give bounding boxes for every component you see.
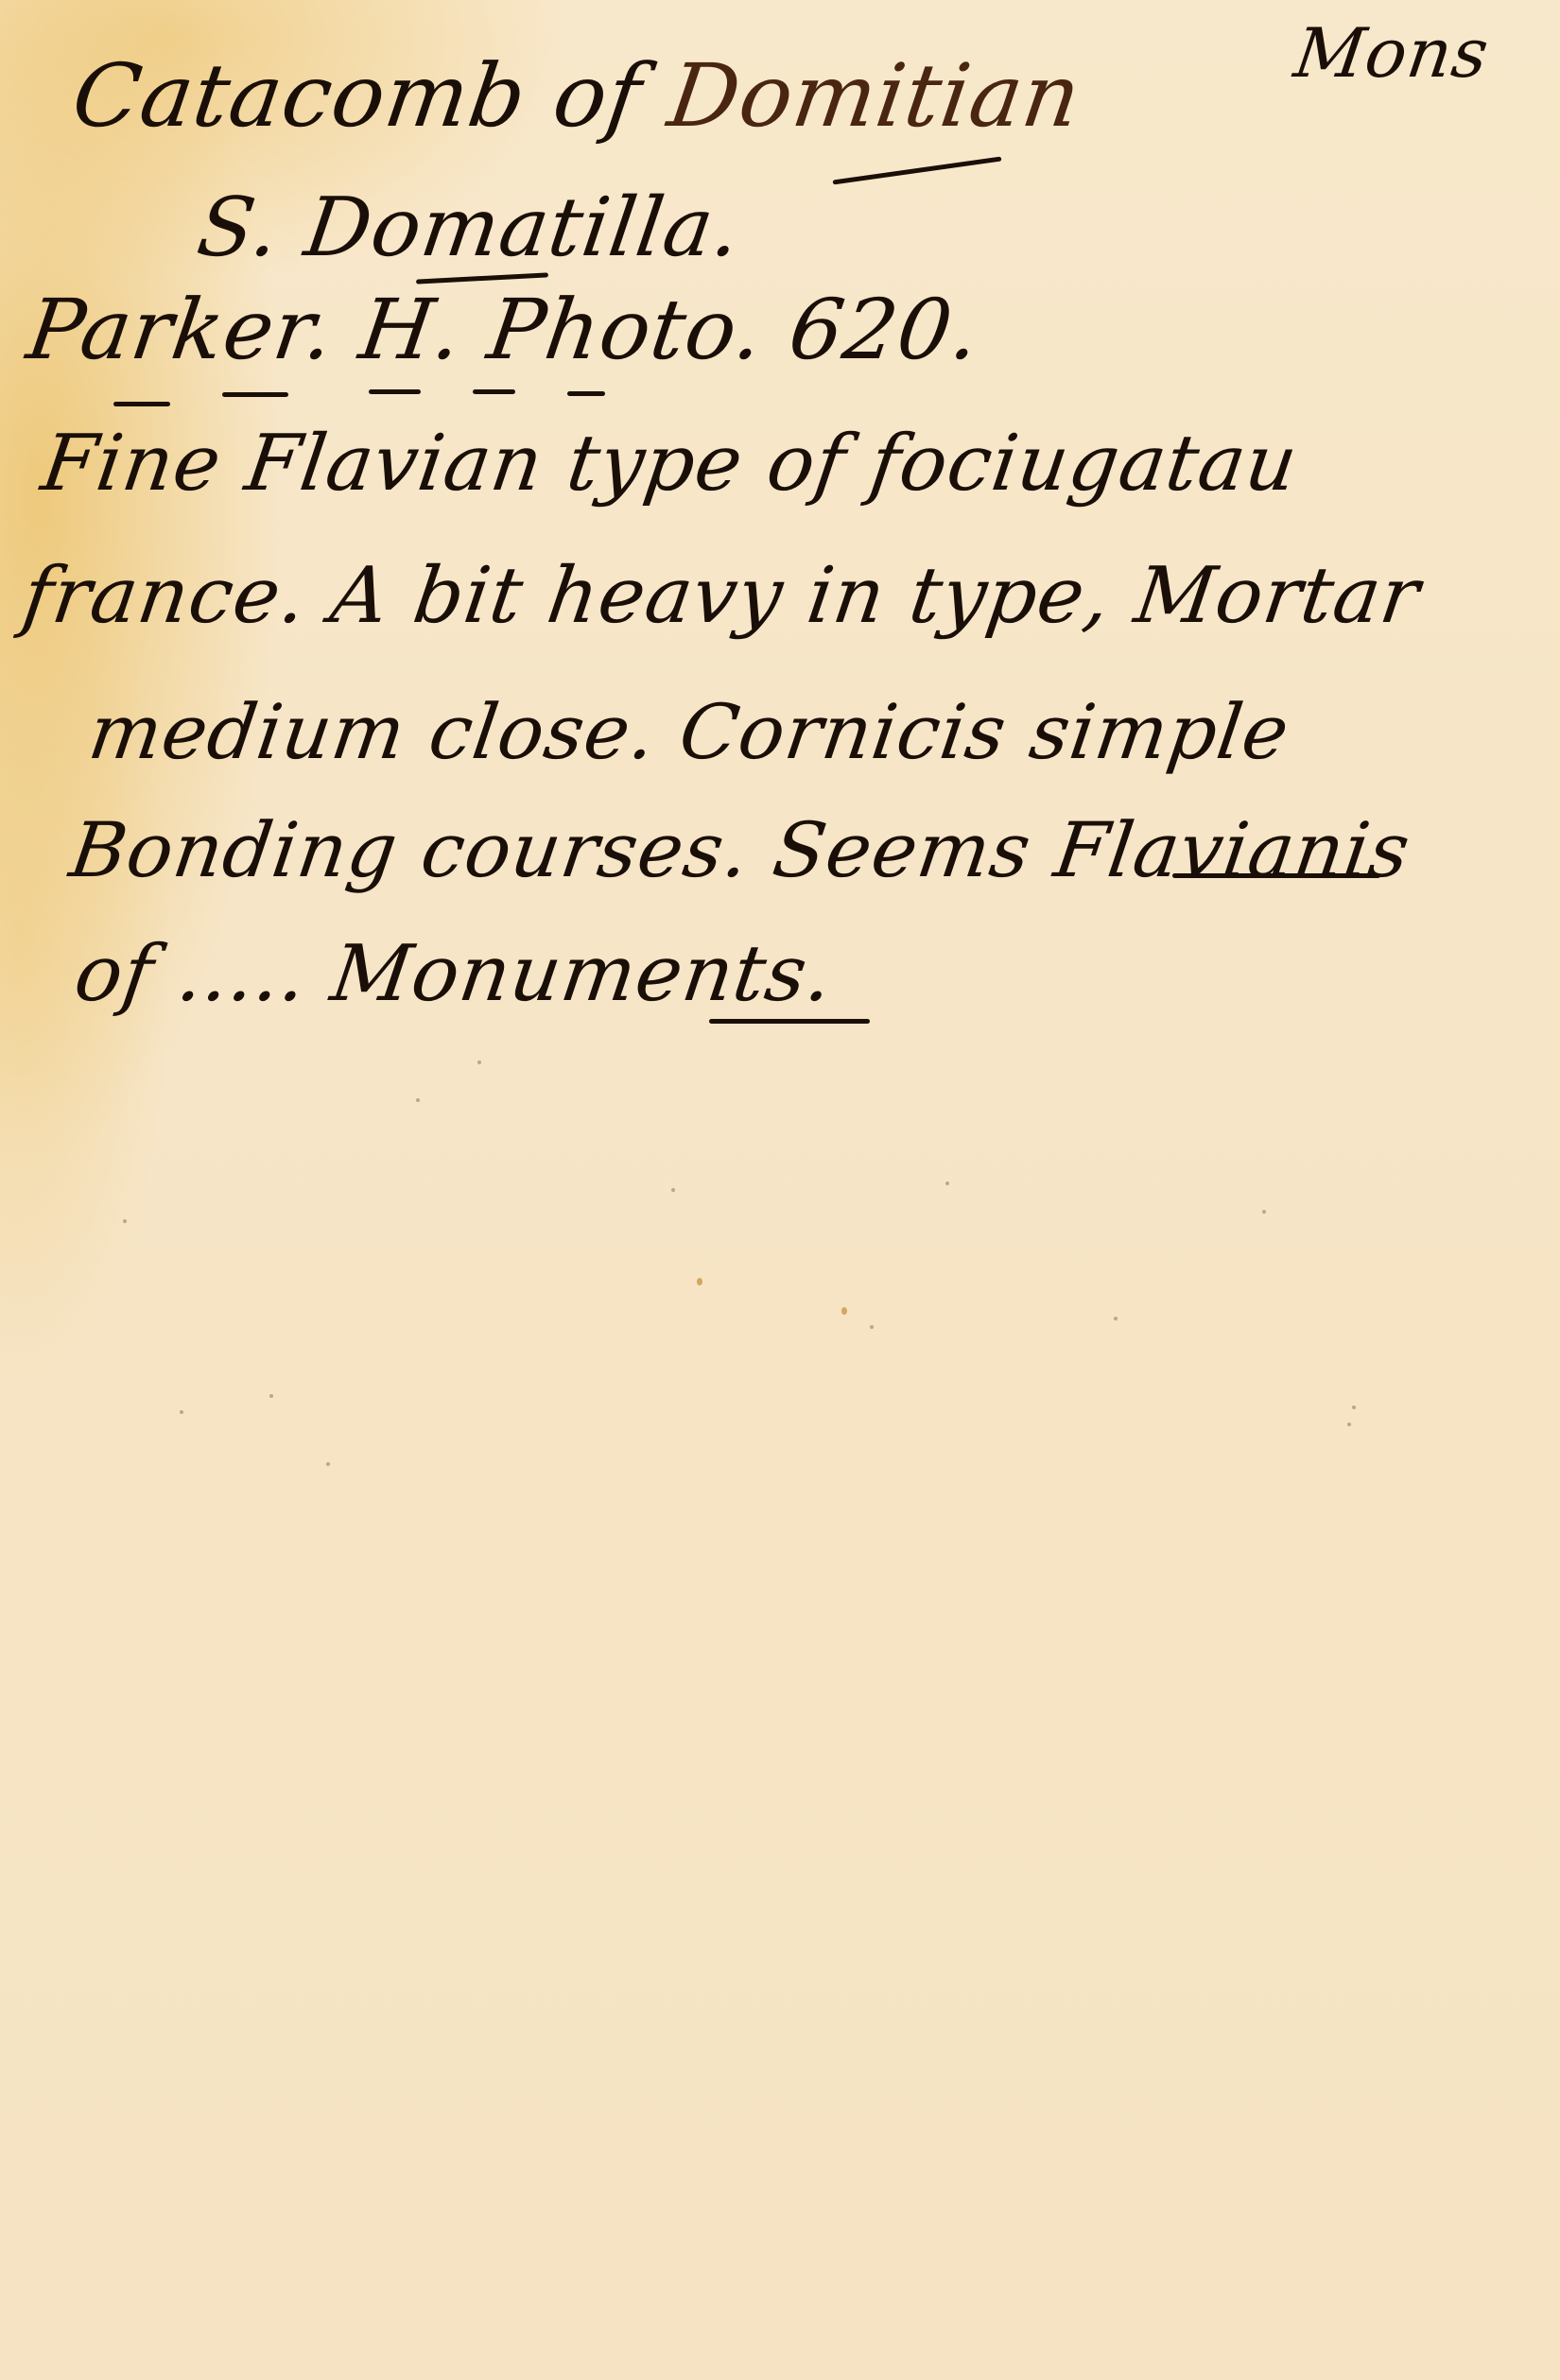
underline-dash bbox=[113, 402, 170, 406]
paper-speck bbox=[1114, 1317, 1118, 1320]
card-title: Catacomb of Domitian bbox=[68, 53, 1086, 140]
underline-dash bbox=[473, 389, 515, 394]
underline-monuments bbox=[709, 1019, 870, 1024]
photo-reference: Parker. H. Photo. 620. bbox=[23, 288, 985, 371]
paper-speck bbox=[870, 1325, 874, 1329]
paper-speck bbox=[123, 1219, 127, 1223]
underline-domitian bbox=[833, 156, 1002, 184]
paper-speck bbox=[671, 1188, 675, 1192]
paper-speck bbox=[1352, 1406, 1356, 1409]
underline-dash bbox=[567, 391, 605, 396]
paper-speck bbox=[477, 1061, 481, 1064]
note-card: Catacomb of Domitian S. Domatilla. Mons … bbox=[0, 0, 1560, 2380]
paper-speck bbox=[416, 1098, 420, 1102]
paper-speck bbox=[1262, 1210, 1266, 1214]
card-subtitle: S. Domatilla. bbox=[193, 187, 746, 268]
title-prefix: Catacomb of bbox=[67, 45, 677, 147]
corner-note: Mons bbox=[1291, 19, 1494, 87]
underline-dash bbox=[369, 389, 421, 394]
title-name: Domitian bbox=[663, 45, 1087, 147]
paper-speck bbox=[269, 1394, 273, 1398]
body-line: france. A bit heavy in type, Mortar bbox=[18, 558, 1424, 635]
underline-dash bbox=[222, 392, 288, 397]
paper-speck bbox=[180, 1410, 183, 1414]
paper-speck bbox=[945, 1181, 949, 1185]
underline-flavianis bbox=[1172, 873, 1380, 878]
body-line: medium close. Cornicis simple bbox=[84, 695, 1293, 770]
paper-speck bbox=[1347, 1423, 1351, 1426]
paper-speck bbox=[841, 1307, 847, 1315]
body-line: Fine Flavian type of fociugatau bbox=[37, 425, 1302, 503]
paper-speck bbox=[697, 1278, 702, 1285]
paper-speck bbox=[326, 1462, 330, 1466]
body-line: of ..... Monuments. bbox=[70, 936, 838, 1013]
